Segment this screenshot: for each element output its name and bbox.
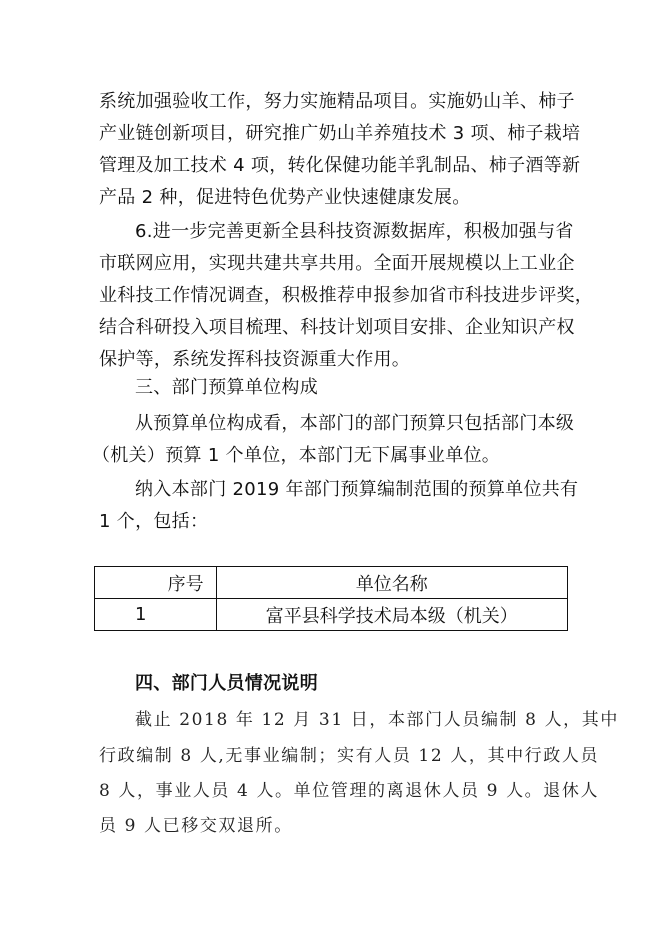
table-row: 1 富平县科学技术局本级（机关） [95,599,568,631]
section-heading: 三、部门预算单位构成 [135,372,605,404]
text-line: 从预算单位构成看，本部门的部门预算只包括部门本级 [135,408,569,440]
header-cell-unit-name: 单位名称 [216,567,567,599]
text-line: 纳入本部门 2019 年部门预算编制范围的预算单位共有 [135,474,569,506]
text-line: 系统加强验收工作，努力实施精品项目。实施奶山羊、柿子 [99,86,569,118]
budget-units-table: 序号 单位名称 1 富平县科学技术局本级（机关） [94,566,568,631]
text-line: （机关）预算 1 个单位，本部门无下属事业单位。 [92,440,562,472]
cell-index: 1 [95,599,217,631]
text-line: 业科技工作情况调查，积极推荐申报参加省市科技进步评奖， [99,280,569,312]
text-line: 截止 2018 年 12 月 31 日，本部门人员编制 8 人，其中 [135,704,569,736]
text-line: 6.进一步完善更新全县科技资源数据库，积极加强与省 [135,216,569,248]
text-line: 行政编制 8 人,无事业编制；实有人员 12 人，其中行政人员 [99,740,569,772]
text-line: 市联网应用，实现共建共享共用。全面开展规模以上工业企 [99,248,569,280]
text-line: 结合科研投入项目梳理、科技计划项目安排、企业知识产权 [99,312,569,344]
text-line: 员 9 人已移交双退所。 [99,810,569,842]
header-cell-index: 序号 [95,567,217,599]
cell-unit-name: 富平县科学技术局本级（机关） [216,599,567,631]
text-line: 管理及加工技术 4 项，转化保健功能羊乳制品、柿子酒等新 [99,150,569,182]
text-line: 8 人，事业人员 4 人。单位管理的离退休人员 9 人。退休人 [99,775,569,807]
text-line: 产品 2 种，促进特色优势产业快速健康发展。 [99,182,569,214]
table-header-row: 序号 单位名称 [95,567,568,599]
section-heading: 四、部门人员情况说明 [135,668,605,700]
text-line: 1 个，包括： [99,506,569,538]
text-line: 产业链创新项目，研究推广奶山羊养殖技术 3 项、柿子栽培 [99,118,569,150]
